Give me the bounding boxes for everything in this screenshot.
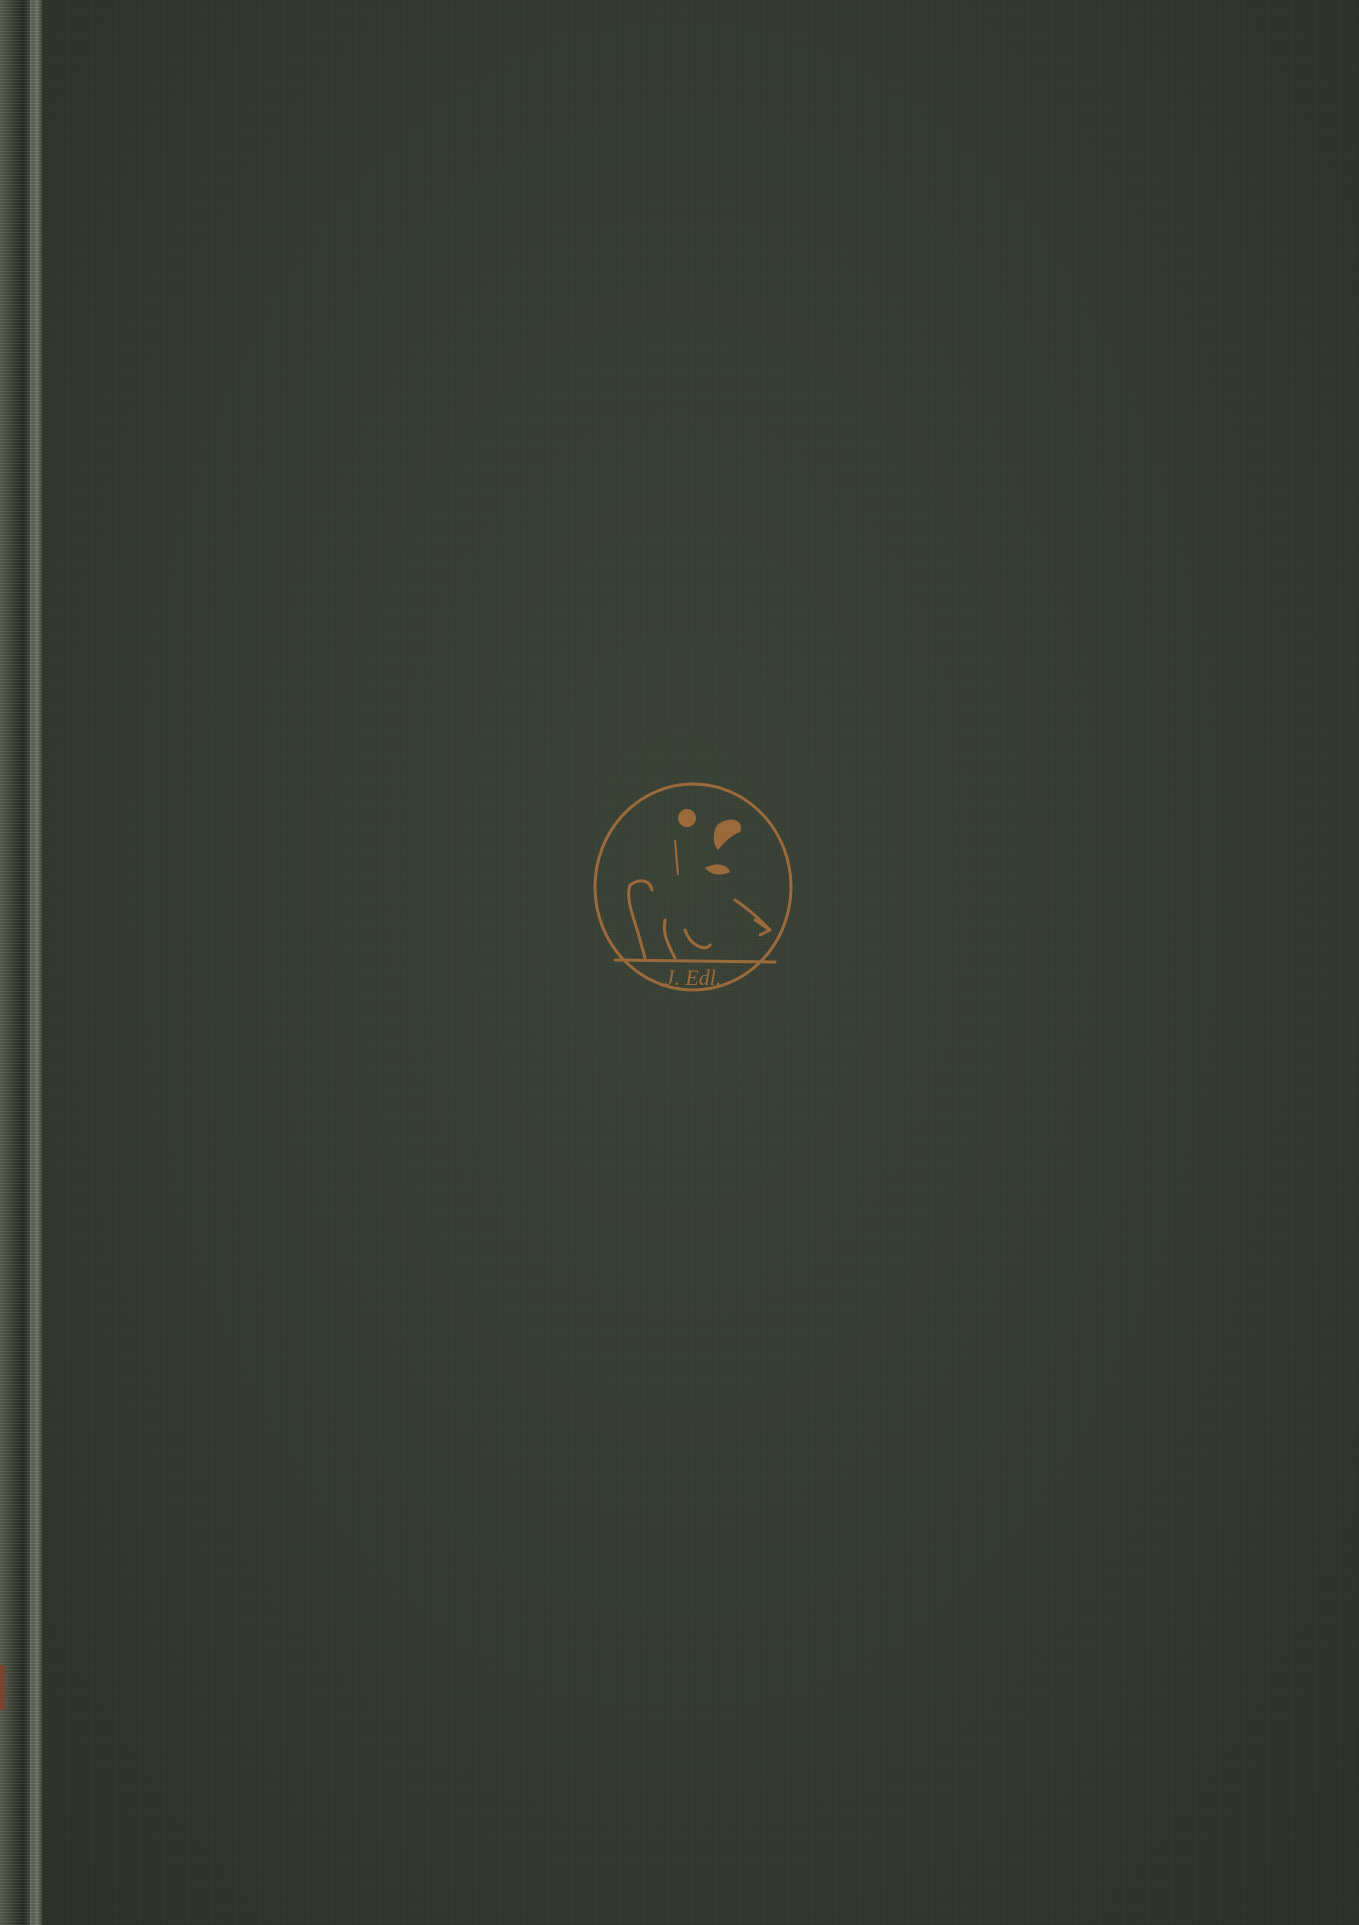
book-spine <box>0 0 42 1925</box>
spine-hinge <box>30 0 34 1925</box>
emblem-signature: J. Edl. <box>665 965 722 990</box>
book-cover: J. Edl. <box>0 0 1359 1925</box>
emblem-icon: J. Edl. <box>590 780 796 994</box>
spine-wear-mark <box>0 1665 5 1710</box>
